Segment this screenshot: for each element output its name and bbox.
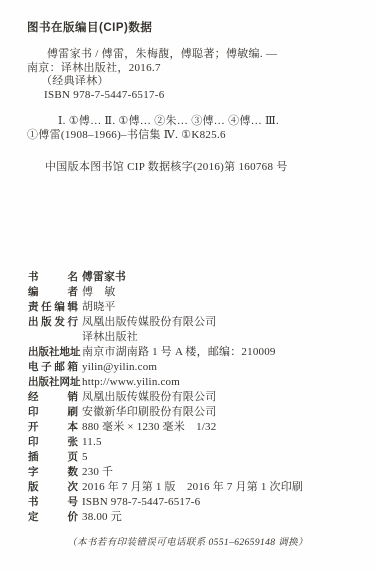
colophon-row-value: ISBN 978-7-5447-6517-6 [82,495,200,510]
colophon-row-label: 版次 [28,480,78,495]
colophon-row-value: 5 [82,450,88,465]
colophon-row-value: yilin@yilin.com [82,360,157,375]
copyright-page: 图书在版编目(CIP)数据 傅雷家书 / 傅雷，朱梅馥，傅聪著；傅敏编. — 南… [0,0,375,572]
colophon-row-label: 电子邮箱 [28,360,78,375]
colophon-row-value: 230 千 [82,465,113,480]
colophon-row-value: 胡晓平 [82,300,116,315]
colophon-row-label: 编者 [28,285,78,300]
cip-description-line2: 南京：译林出版社，2016.7 [27,62,277,76]
colophon-row-label: 开本 [28,420,78,435]
colophon-row-label: 出版社地址 [28,345,78,360]
colophon-row-website: 出版社网址http://www.yilin.com [28,375,358,390]
colophon-row-label: 印张 [28,435,78,450]
colophon-row-email: 电子邮箱yilin@yilin.com [28,360,358,375]
colophon-row-value: 880 毫米 × 1230 毫米 1/32 [82,420,216,435]
colophon-row-printer: 印刷安徽新华印刷股份有限公司 [28,405,358,420]
colophon-row-managing-editor: 责任编辑胡晓平 [28,300,358,315]
colophon-row-printed-sheets: 印张11.5 [28,435,358,450]
colophon-row-value: 凤凰出版传媒股份有限公司 [82,315,216,330]
colophon-row-insert-pages: 插页5 [28,450,358,465]
cip-classification-line1: Ⅰ. ①傅… Ⅱ. ①傅… ②朱… ③傅… ④傅… Ⅲ. [27,114,279,128]
colophon-row-label: 插页 [28,450,78,465]
colophon-row-label: 字数 [28,465,78,480]
cip-description-block: 傅雷家书 / 傅雷，朱梅馥，傅聪著；傅敏编. — 南京：译林出版社，2016.7… [27,48,277,102]
colophon-row-label: 书号 [28,495,78,510]
colophon-rows: 书名傅雷家书编者傅 敏责任编辑胡晓平出版发行凤凰出版传媒股份有限公司译林出版社出… [28,270,358,525]
colophon-row-value: http://www.yilin.com [82,375,180,390]
colophon-row-edition: 版次2016 年 7 月第 1 版 2016 年 7 月第 1 次印刷 [28,480,358,495]
colophon-row-label: 书名 [28,270,78,285]
colophon-row-price: 定价38.00 元 [28,510,358,525]
misprint-exchange-note: （本书若有印装错误可电话联系 0551–62659148 调换） [0,534,375,548]
colophon-row-value: 傅雷家书 [82,270,126,285]
cip-classification-line2: ①傅雷(1908–1966)–书信集 Ⅳ. ①K825.6 [27,128,279,142]
cip-isbn: ISBN 978-7-5447-6517-6 [27,89,277,103]
colophon-row-label: 印刷 [28,405,78,420]
colophon-row-title: 书名傅雷家书 [28,270,358,285]
colophon-row-label: 出版社网址 [28,375,78,390]
cip-description-line1: 傅雷家书 / 傅雷，朱梅馥，傅聪著；傅敏编. — [27,48,277,62]
colophon-row-distributor: 经销凤凰出版传媒股份有限公司 [28,390,358,405]
colophon-row-value: 译林出版社 [82,330,138,345]
colophon-row-label: 责任编辑 [28,300,78,315]
colophon-row-value: 安徽新华印刷股份有限公司 [82,405,216,420]
colophon-row-publisher-address: 出版社地址南京市湖南路 1 号 A 楼，邮编：210009 [28,345,358,360]
cip-header: 图书在版编目(CIP)数据 [27,19,152,35]
colophon-row-editor: 编者傅 敏 [28,285,358,300]
colophon-row-label: 经销 [28,390,78,405]
cip-record-number: 中国版本图书馆 CIP 数据核字(2016)第 160768 号 [45,158,288,174]
colophon-row-publisher-imprint: 译林出版社 [28,330,358,345]
colophon-row-publisher: 出版发行凤凰出版传媒股份有限公司 [28,315,358,330]
colophon-row-value: 38.00 元 [82,510,122,525]
colophon-row-value: 凤凰出版传媒股份有限公司 [82,390,216,405]
cip-series-note: （经典译林） [27,75,277,89]
colophon-row-format: 开本880 毫米 × 1230 毫米 1/32 [28,420,358,435]
colophon-row-label: 出版发行 [28,315,78,330]
colophon-row-value: 11.5 [82,435,102,450]
colophon-row-value: 南京市湖南路 1 号 A 楼，邮编：210009 [82,345,276,360]
colophon-row-value: 2016 年 7 月第 1 版 2016 年 7 月第 1 次印刷 [82,480,303,495]
colophon-row-value: 傅 敏 [82,285,116,300]
colophon-row-label: 定价 [28,510,78,525]
colophon-row-book-number: 书号ISBN 978-7-5447-6517-6 [28,495,358,510]
colophon-row-word-count: 字数230 千 [28,465,358,480]
cip-classification-block: Ⅰ. ①傅… Ⅱ. ①傅… ②朱… ③傅… ④傅… Ⅲ. ①傅雷(1908–19… [27,114,279,142]
